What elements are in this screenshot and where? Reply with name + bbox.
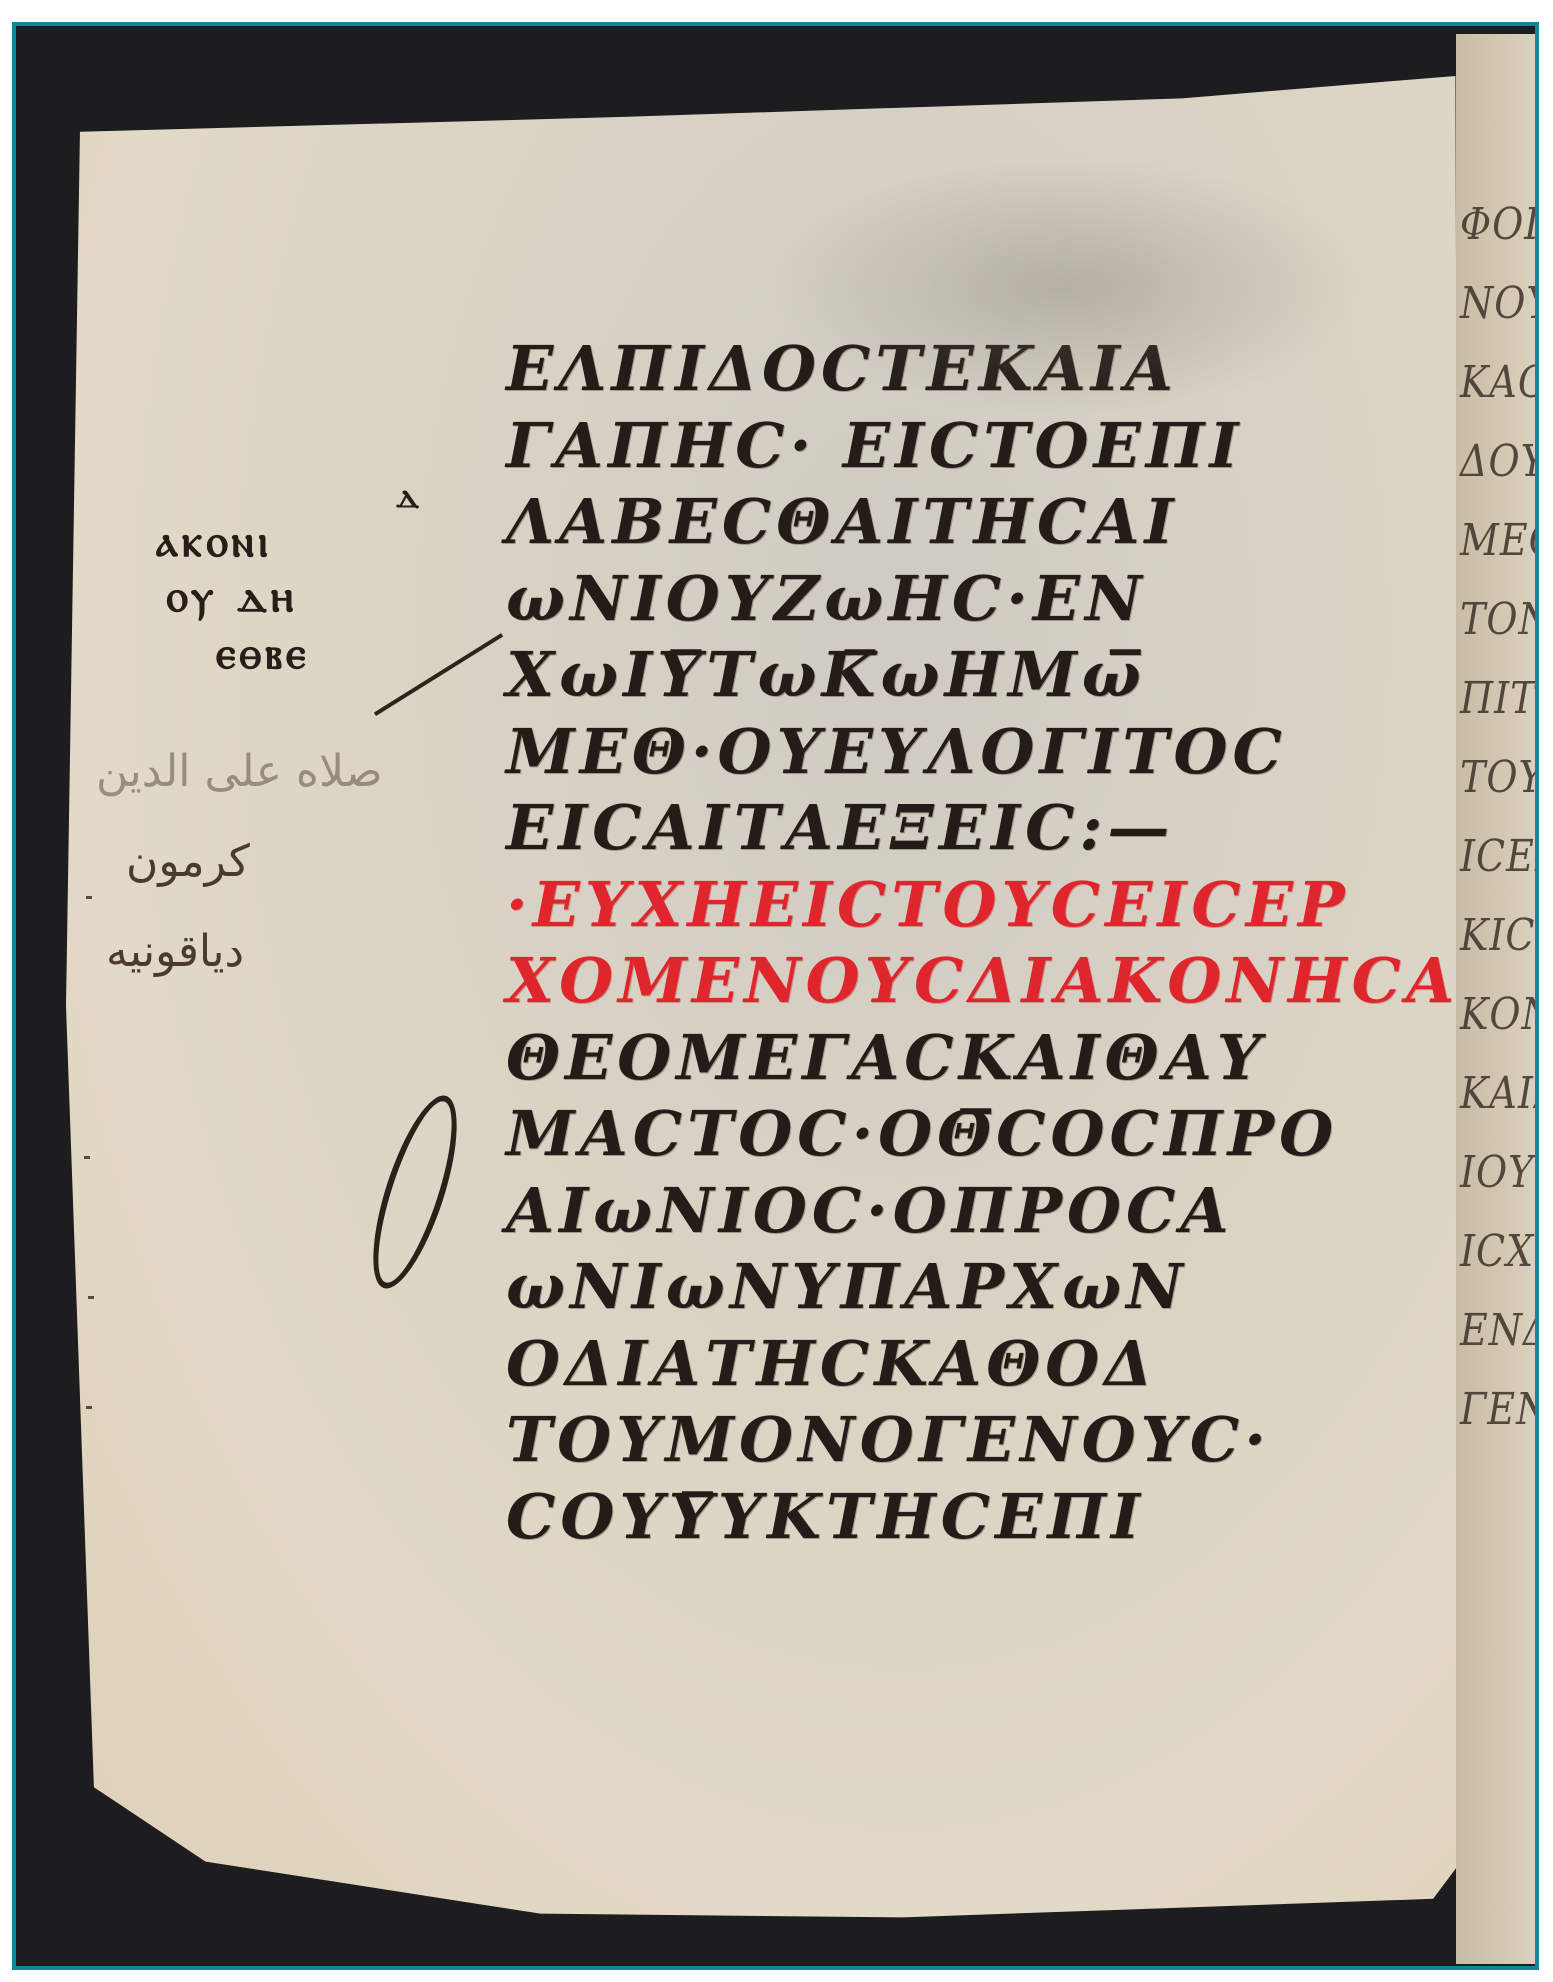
facing-text-line: ΙϹΕΡ (1460, 831, 1539, 882)
facing-text-line: ΓΕΝΟ (1460, 1384, 1539, 1435)
pointer-stroke (374, 633, 503, 716)
facing-text-line: ΚΟΝ (1460, 989, 1539, 1040)
text-line: ωΝΙΟΥΖωΗϹ·ΕΝ (506, 561, 1466, 638)
text-line: ΕΛΠΙΔΟϹΤΕΚΑΙΑ (506, 331, 1466, 408)
text-line: ΧωΙΥ̅ΤωΚ̅ωΗΜω̅ (506, 637, 1466, 714)
text-line: ΜΕΘ·ΟΥΕΥΛΟΓΙΤΟϹ (506, 714, 1466, 791)
text-line: ΛΑΒΕϹΘΑΙΤΗϹΑΙ (506, 484, 1466, 561)
facing-text-line: ΜΕΘ (1460, 515, 1539, 566)
margin-note-coptic: ⲉⲑⲃⲉ (216, 628, 310, 679)
text-line: ΜΑϹΤΟϹ·ΟΘ̅ϹΟϹΠΡΟ (506, 1096, 1466, 1173)
rubric-line: ·ΕΥΧΗΕΙϹΤΟΥϹΕΙϹΕΡ (506, 867, 1466, 944)
text-line: ωΝΙωΝΥΠΑΡΧωΝ (506, 1249, 1466, 1326)
facing-page: ΦΟΙΤ ΝΟΥϹ ΚΑϹΗ ΔΟΥ ΜΕΘ ΤΟΝΕ ΠΙΤΟ ΤΟΥ ΙϹΕ… (1456, 34, 1539, 1964)
text-line: ΓΑΠΗϹ· ΕΙϹΤΟΕΠΙ (506, 408, 1466, 485)
text-line: ΘΕΟΜΕΓΑϹΚΑΙΘΑΥ (506, 1020, 1466, 1097)
facing-text-line: ΠΙΤΟ (1460, 673, 1539, 724)
facing-text-line: ΚΑϹΗ (1460, 357, 1539, 408)
facing-text-line: ΙΟΥ·Ο (1460, 1147, 1539, 1198)
facing-text-line: ΦΟΙΤ (1460, 199, 1539, 250)
image-frame: ΕΛΠΙΔΟϹΤΕΚΑΙΑ ΓΑΠΗϹ· ΕΙϹΤΟΕΠΙ ΛΑΒΕϹΘΑΙΤΗ… (12, 22, 1539, 1970)
facing-text-line: ΤΟΝΕ (1460, 594, 1539, 645)
margin-note-arabic: صلاه على الدين (96, 746, 383, 797)
facing-text-line: ΙϹΧΥ (1460, 1226, 1539, 1277)
main-text-block: ΕΛΠΙΔΟϹΤΕΚΑΙΑ ΓΑΠΗϹ· ΕΙϹΤΟΕΠΙ ΛΑΒΕϹΘΑΙΤΗ… (506, 331, 1466, 1555)
rubric-line: ΧΟΜΕΝΟΥϹΔΙΑΚΟΝΗϹΑΙ· (506, 943, 1466, 1020)
facing-text-line: ΚΑΙΔ (1460, 1068, 1539, 1119)
facing-text-line: ΚΙϹΕ (1460, 910, 1539, 961)
pricking-mark (88, 1296, 94, 1299)
margin-note-coptic: ⲟⲩ ⲇⲏ (166, 571, 297, 622)
facing-text-line: ΕΝΔΥ (1460, 1305, 1539, 1356)
pricking-mark (86, 1406, 92, 1409)
pricking-mark (86, 896, 92, 899)
margin-note-arabic: دياقونيه (106, 926, 244, 977)
manuscript-leaf: ΕΛΠΙΔΟϹΤΕΚΑΙΑ ΓΑΠΗϹ· ΕΙϹΤΟΕΠΙ ΛΑΒΕϹΘΑΙΤΗ… (66, 76, 1461, 1936)
text-line: ΟΔΙΑΤΗϹΚΑΘΟΔ (506, 1326, 1466, 1403)
facing-text-line: ΔΟΥ (1460, 436, 1539, 487)
text-line: ϹΟΥΥ̅ΥΚΤΗϹΕΠΙ (506, 1479, 1466, 1556)
margin-note-arabic: كرمون (126, 836, 250, 887)
text-line: ΑΙωΝΙΟϹ·ΟΠΡΟϹΑ (506, 1173, 1466, 1250)
text-line: ΕΙϹΑΙΤΑΕΞΕΙϹ:— (506, 790, 1466, 867)
margin-note-coptic: ⲇ (396, 476, 423, 516)
pricking-mark (84, 1156, 90, 1159)
text-line: ΤΟΥΜΟΝΟΓΕΝΟΥϹ· (506, 1402, 1466, 1479)
margin-note-coptic: ⲁⲕⲟⲛⲓ (156, 516, 272, 567)
facing-text-line: ΤΟΥ (1460, 752, 1539, 803)
facing-text-line: ΝΟΥϹ (1460, 278, 1539, 329)
flourish-mark (356, 1087, 474, 1297)
